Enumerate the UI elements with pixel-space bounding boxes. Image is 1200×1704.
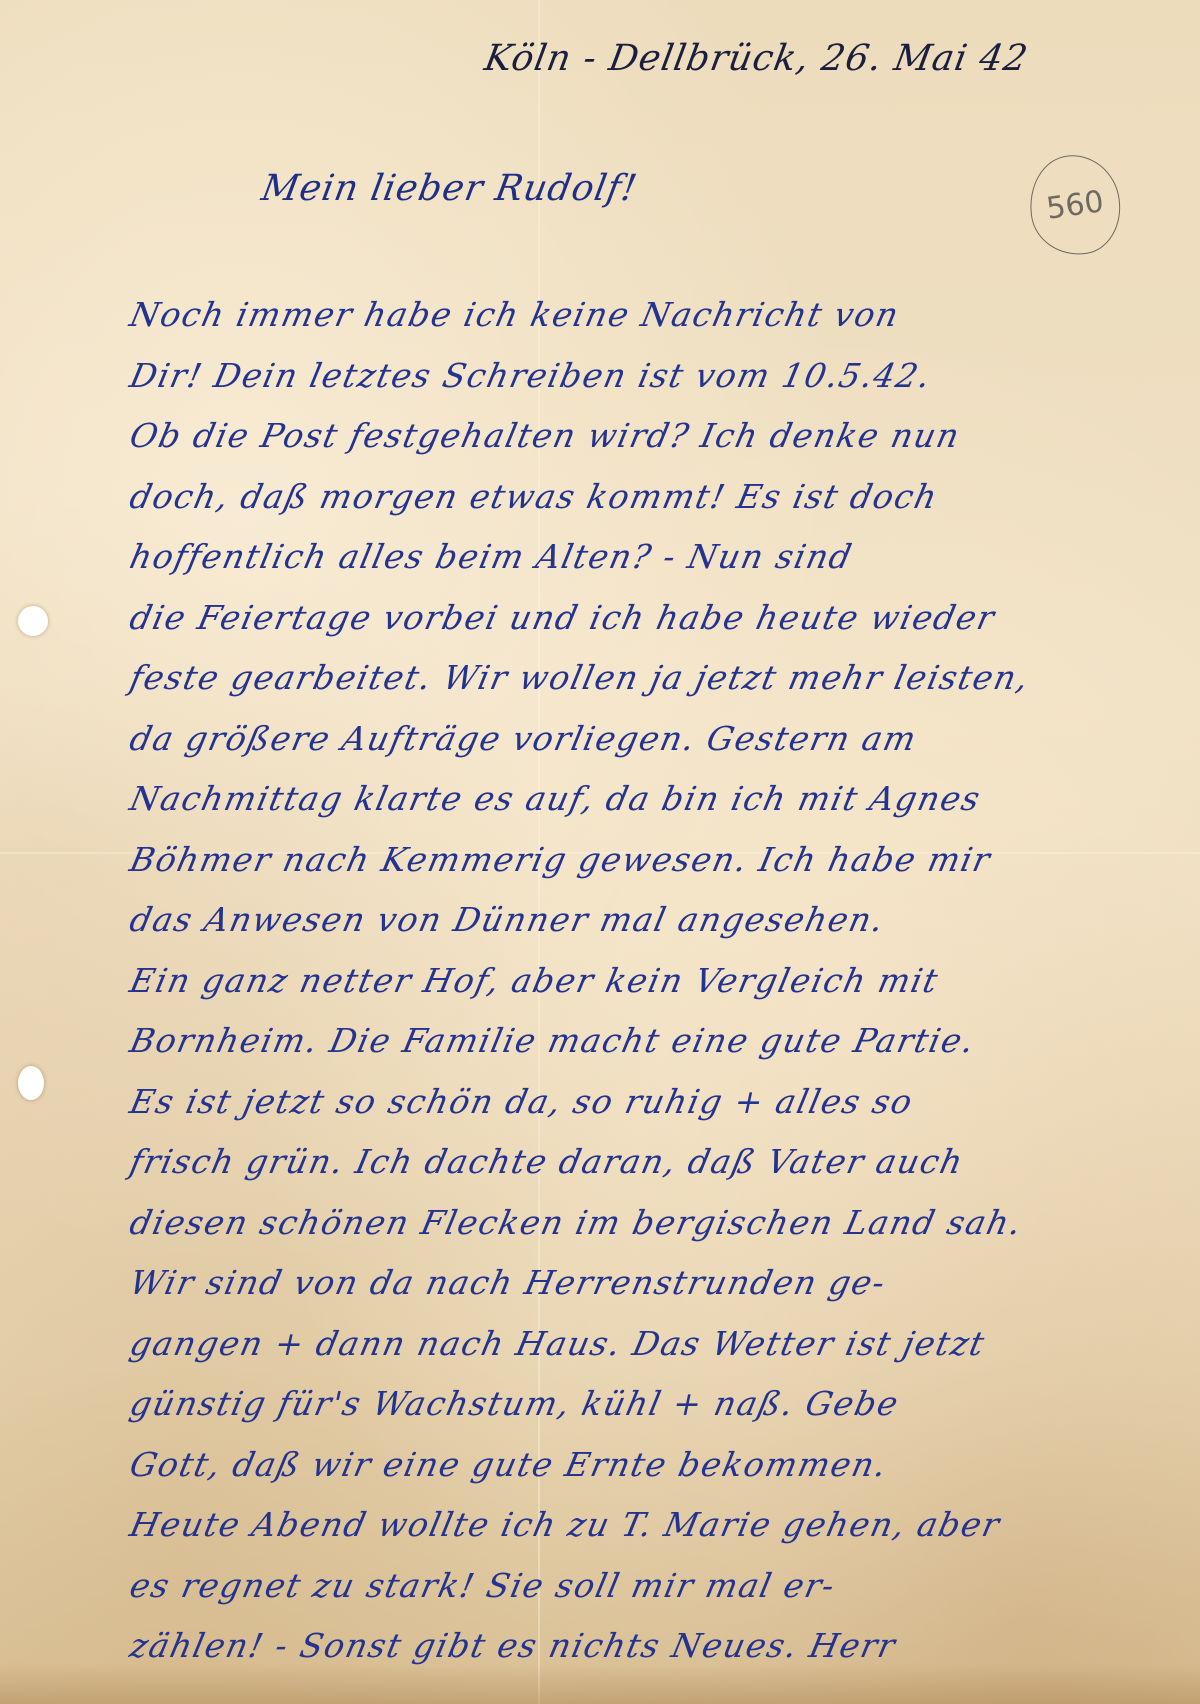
letter-body: Noch immer habe ich keine Nachricht von … bbox=[124, 285, 1200, 1677]
letter-line: günstig für's Wachstum, kühl + naß. Gebe bbox=[124, 1374, 1200, 1435]
letter-line: doch, daß morgen etwas kommt! Es ist doc… bbox=[124, 467, 1200, 528]
letter-line: Nachmittag klarte es auf, da bin ich mit… bbox=[124, 769, 1200, 830]
salutation: Mein lieber Rudolf! bbox=[258, 168, 640, 209]
letter-line: Böhmer nach Kemmerig gewesen. Ich habe m… bbox=[124, 830, 1200, 891]
letter-line: gangen + dann nach Haus. Das Wetter ist … bbox=[124, 1314, 1200, 1375]
letter-line: Heute Abend wollte ich zu T. Marie gehen… bbox=[124, 1495, 1200, 1556]
letter-line: frisch grün. Ich dachte daran, daß Vater… bbox=[124, 1132, 1200, 1193]
letter-line: Ein ganz netter Hof, aber kein Vergleich… bbox=[124, 951, 1200, 1012]
letter-line: Es ist jetzt so schön da, so ruhig + all… bbox=[124, 1072, 1200, 1133]
letter-line: zählen! - Sonst gibt es nichts Neues. He… bbox=[124, 1616, 1200, 1677]
letter-line: Ob die Post festgehalten wird? Ich denke… bbox=[124, 406, 1200, 467]
dateline: Köln - Dellbrück, 26. Mai 42 bbox=[481, 38, 1031, 79]
letter-line: Dir! Dein letztes Schreiben ist vom 10.5… bbox=[124, 346, 1200, 407]
letter-line: diesen schönen Flecken im bergischen Lan… bbox=[124, 1193, 1200, 1254]
letter-line: Noch immer habe ich keine Nachricht von bbox=[124, 285, 1200, 346]
letter-line: Gott, daß wir eine gute Ernte bekommen. bbox=[124, 1435, 1200, 1496]
letter-line: hoffentlich alles beim Alten? - Nun sind bbox=[124, 527, 1200, 588]
letter-line: es regnet zu stark! Sie soll mir mal er- bbox=[124, 1556, 1200, 1617]
letter-page: Köln - Dellbrück, 26. Mai 42 Mein lieber… bbox=[0, 0, 1200, 1704]
punch-hole-icon bbox=[18, 1066, 44, 1100]
letter-line: die Feiertage vorbei und ich habe heute … bbox=[124, 588, 1200, 649]
letter-line: das Anwesen von Dünner mal angesehen. bbox=[124, 890, 1200, 951]
archive-number: 560 bbox=[1044, 184, 1106, 227]
letter-line: feste gearbeitet. Wir wollen ja jetzt me… bbox=[124, 648, 1200, 709]
letter-line: da größere Aufträge vorliegen. Gestern a… bbox=[124, 709, 1200, 770]
archive-number-stamp: 560 bbox=[1023, 149, 1126, 261]
punch-hole-icon bbox=[18, 606, 48, 636]
letter-line: Bornheim. Die Familie macht eine gute Pa… bbox=[124, 1011, 1200, 1072]
letter-line: Wir sind von da nach Herrenstrunden ge- bbox=[124, 1253, 1200, 1314]
